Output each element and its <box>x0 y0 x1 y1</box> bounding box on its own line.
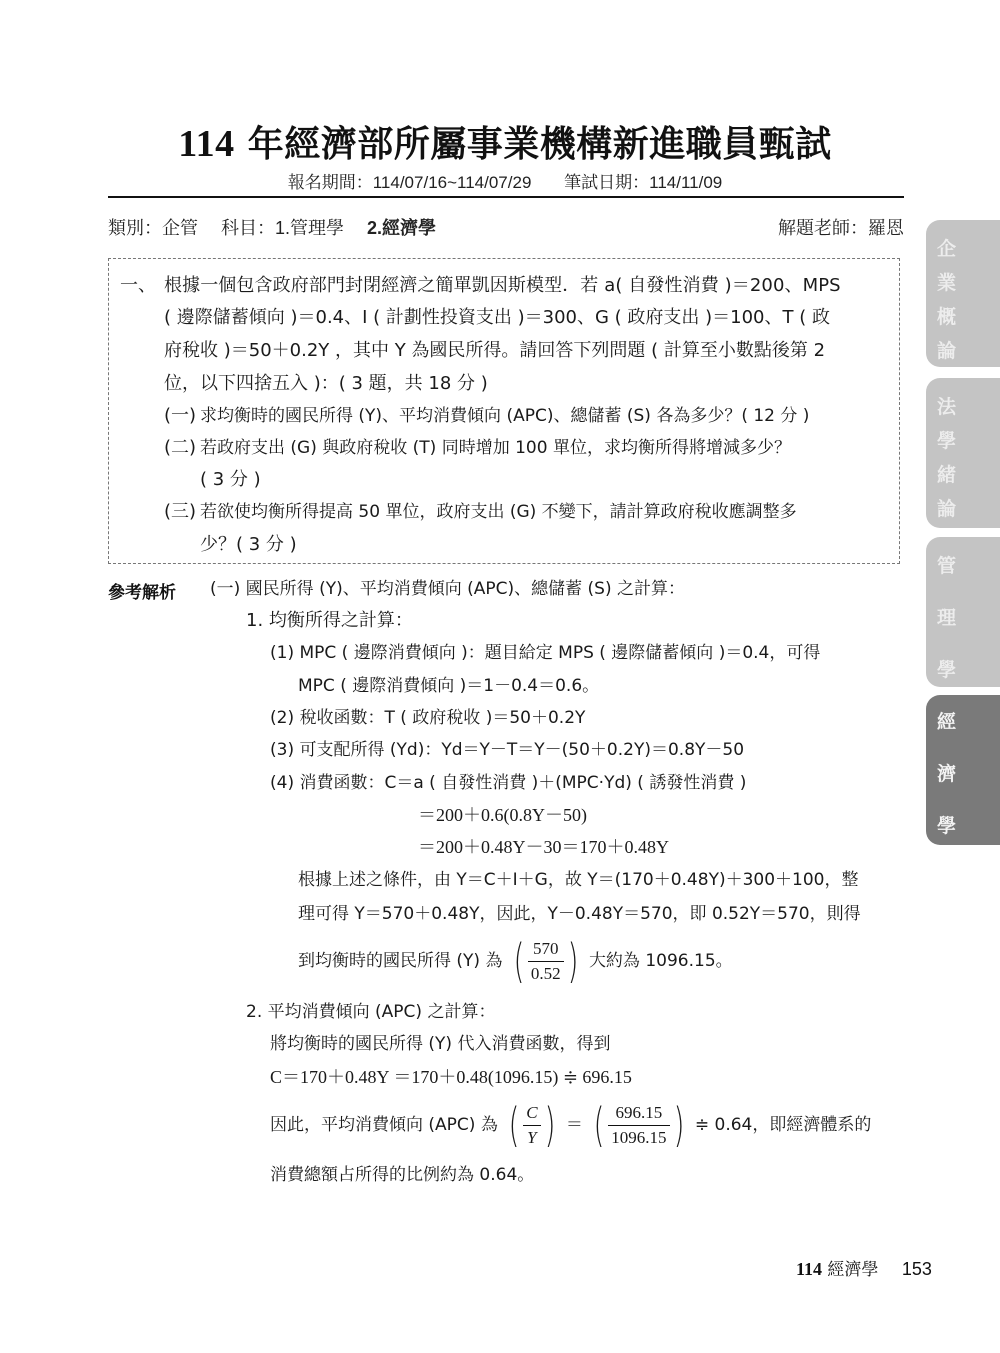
subject-2: 2.經濟學 <box>367 218 436 238</box>
subject-1: 科目：1.管理學 <box>221 218 344 238</box>
step1-item1-b: MPC ( 邊際消費傾向 )＝1－0.4＝0.6。 <box>298 674 599 698</box>
step2-text-d: 消費總額占所得的比例約為 0.64。 <box>270 1163 534 1187</box>
side-tab-economics[interactable]: 經 濟 學 <box>926 695 1000 845</box>
step2-text-a: 將均衡時的國民所得 (Y) 代入消費函數，得到 <box>270 1032 610 1056</box>
step1-item4-c: ＝200＋0.48Y－30＝170＋0.48Y <box>418 835 669 859</box>
side-tab-management[interactable]: 管 理 學 <box>926 537 1000 687</box>
step1-item5-c: 到均衡時的國民所得 (Y) 為 (5700.52) 大約為 1096.15。 <box>298 936 733 986</box>
fraction-c-over-y: (CY) <box>505 1100 558 1150</box>
step2-text-c: 因此，平均消費傾向 (APC) 為 (CY) ＝ (696.151096.15)… <box>270 1100 871 1150</box>
subquestion-1-label: (一) <box>164 404 196 428</box>
exam-meta: 類別：企管 科目：1.管理學 2.經濟學 <box>108 214 454 240</box>
fraction-570-over-052: (5700.52) <box>510 936 582 986</box>
question-number: 一、 <box>120 274 156 298</box>
solution-label: 參考解析 <box>108 578 176 603</box>
question-line-4: 位，以下四捨五入 )：( 3 題，共 18 分 ) <box>164 372 488 396</box>
equilibrium-text: 到均衡時的國民所得 (Y) 為 <box>298 951 502 971</box>
subquestion-2-label: (二) <box>164 436 196 460</box>
subquestion-2: 若政府支出 (G) 與政府稅收 (T) 同時增加 100 單位，求均衡所得將增減… <box>200 436 791 460</box>
teacher: 解題老師：羅恩 <box>778 214 904 240</box>
title-text: 年經濟部所屬事業機構新進職員甄試 <box>248 124 832 165</box>
subquestion-3-points: 少？( 3 分 ) <box>200 533 297 557</box>
step1-item2: (2) 稅收函數：T ( 政府稅收 )＝50＋0.2Y <box>270 706 585 730</box>
subquestion-2-points: ( 3 分 ) <box>200 468 261 492</box>
step1-item5-a: 根據上述之條件，由 Y＝C＋I＋G，故 Y＝(170＋0.48Y)＋300＋10… <box>298 868 858 892</box>
header-divider <box>108 196 904 198</box>
equilibrium-result: 大約為 1096.15。 <box>589 951 733 971</box>
solution-part1-heading: (一) 國民所得 (Y)、平均消費傾向 (APC)、總儲蓄 (S) 之計算： <box>210 577 685 601</box>
exam-dates: 報名期間：114/07/16~114/07/29 筆試日期：114/11/09 <box>0 168 1000 193</box>
category: 類別：企管 <box>108 218 198 238</box>
step1-item4-b: ＝200＋0.6(0.8Y－50) <box>418 803 587 827</box>
footer-subject: 經濟學 <box>827 1260 878 1280</box>
page-footer: 114 經濟學 153 <box>796 1255 932 1280</box>
fraction-apc-value: (696.151096.15) <box>590 1100 687 1150</box>
step1-item3: (3) 可支配所得 (Yd)：Yd＝Y－T＝Y－(50＋0.2Y)＝0.8Y－5… <box>270 738 744 762</box>
step1-item5-b: 理可得 Y＝570＋0.48Y，因此，Y－0.48Y＝570，即 0.52Y＝5… <box>298 902 861 926</box>
side-tab-business-intro[interactable]: 企 業 概 論 <box>926 220 1000 367</box>
page-number: 153 <box>902 1259 932 1279</box>
step1-item1-a: (1) MPC ( 邊際消費傾向 )：題目給定 MPS ( 邊際儲蓄傾向 )＝0… <box>270 641 820 665</box>
registration-period: 報名期間：114/07/16~114/07/29 <box>288 173 532 192</box>
subquestion-1: 求均衡時的國民所得 (Y)、平均消費傾向 (APC)、總儲蓄 (S) 各為多少？… <box>200 404 809 428</box>
step1-item4-a: (4) 消費函數：C＝a ( 自發性消費 )＋(MPC·Yd) ( 誘發性消費 … <box>270 771 746 795</box>
subquestion-3-label: (三) <box>164 500 196 524</box>
step2-heading: 2. 平均消費傾向 (APC) 之計算： <box>246 1000 495 1024</box>
question-line-1: 根據一個包含政府部門封閉經濟之簡單凱因斯模型．若 a( 自發性消費 )＝200、… <box>164 274 841 298</box>
title-year: 114 <box>178 123 234 165</box>
footer-year: 114 <box>796 1259 822 1279</box>
step2-text-b: C＝170＋0.48Y ＝170＋0.48(1096.15) ≑ 696.15 <box>270 1065 632 1089</box>
question-line-2: ( 邊際儲蓄傾向 )＝0.4、I ( 計劃性投資支出 )＝300、G ( 政府支… <box>164 306 830 330</box>
exam-date: 筆試日期：114/11/09 <box>564 173 722 192</box>
side-tab-law-intro[interactable]: 法 學 緒 論 <box>926 378 1000 528</box>
subquestion-3: 若欲使均衡所得提高 50 單位，政府支出 (G) 不變下，請計算政府稅收應調整多 <box>200 500 797 524</box>
question-line-3: 府稅收 )＝50＋0.2Y ，其中 Y 為國民所得。請回答下列問題 ( 計算至小… <box>164 339 825 363</box>
page-title: 114 年經濟部所屬事業機構新進職員甄試 <box>0 116 1000 167</box>
step1-heading: 1. 均衡所得之計算： <box>246 609 413 633</box>
